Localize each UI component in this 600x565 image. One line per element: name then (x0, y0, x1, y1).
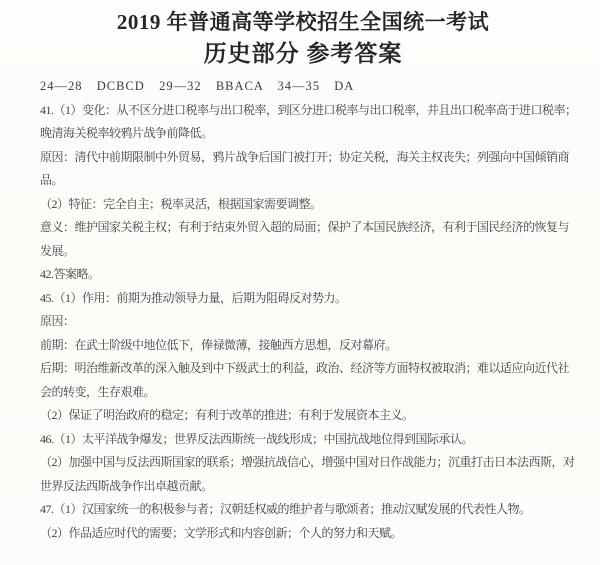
text-line: 品。 (40, 169, 566, 193)
text-line: 世界反法西斯战争作出卓越贡献。 (40, 475, 566, 499)
text-line: 45.（1）作用：前期为推动领导力量，后期为阻碍反对势力。 (40, 287, 566, 311)
text-line: 原因：清代中前期限制中外贸易，鸦片战争后国门被打开；协定关税，海关主权丧失；列强… (40, 146, 566, 170)
text-line: 原因： (40, 310, 566, 334)
text-line: 42.答案略。 (40, 263, 566, 287)
answer-body: 41.（1）变化：从不区分进口税率与出口税率，到区分进口税率与出口税率，并且出口… (40, 99, 566, 546)
text-line: （2）特征：完全自主；税率灵活，根据国家需要调整。 (40, 193, 566, 217)
text-line: 41.（1）变化：从不区分进口税率与出口税率，到区分进口税率与出口税率，并且出口… (40, 99, 566, 123)
text-line: 46.（1）太平洋战争爆发；世界反法西斯统一战线形成；中国抗战地位得到国际承认。 (40, 428, 566, 452)
text-line: 会的转变，生存艰难。 (40, 381, 566, 405)
choice-answers-line: 24—28 DCBCD 29—32 BBACA 34—35 DA (40, 75, 566, 99)
text-line: 发展。 (40, 240, 566, 264)
answer-sheet-page: 2019 年普通高等学校招生全国统一考试 历史部分 参考答案 24—28 DCB… (0, 0, 600, 565)
text-line: 前期：在武士阶级中地位低下，俸禄微薄，接触西方思想，反对幕府。 (40, 334, 566, 358)
text-line: （2）加强中国与反法西斯国家的联系；增强抗战信心，增强中国对日作战能力；沉重打击… (40, 451, 566, 475)
page-title: 2019 年普通高等学校招生全国统一考试 (40, 8, 566, 37)
page-subtitle: 历史部分 参考答案 (40, 39, 566, 68)
text-line: 晚清海关税率较鸦片战争前降低。 (40, 122, 566, 146)
text-line: （2）保证了明治政府的稳定；有利于改革的推进；有利于发展资本主义。 (40, 404, 566, 428)
text-line: 意义：维护国家关税主权；有利于结束外贸入超的局面；保护了本国民族经济，有利于国民… (40, 216, 566, 240)
text-line: 后期：明治维新改革的深入触及到中下级武士的利益，政治、经济等方面特权被取消；难以… (40, 357, 566, 381)
text-line: （2）作品适应时代的需要；文学形式和内容创新；个人的努力和天赋。 (40, 522, 566, 546)
text-line: 47.（1）汉国家统一的积极参与者；汉朝廷权威的维护者与歌颂者；推动汉赋发展的代… (40, 498, 566, 522)
